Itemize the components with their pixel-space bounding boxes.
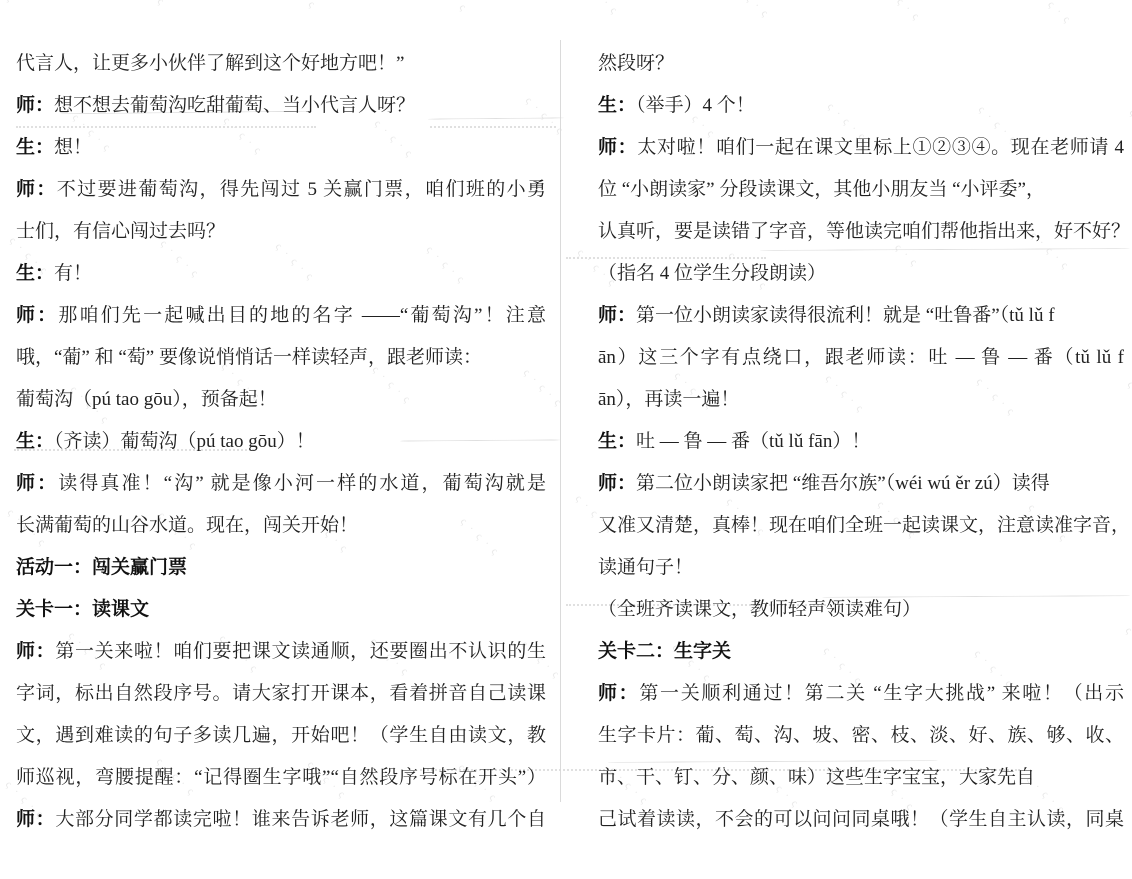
transcript-line: 生：想！ [16,127,546,169]
watermark-squiggle: ς · ς · ς [1127,107,1132,150]
line-text: 市、干、钉、分、颜、味）这些生字宝宝，大家先自 [598,767,1035,788]
speaker-label: 生： [598,431,636,452]
line-text: 师：第一关顺利通过！第二关 “生字大挑战” 来啦！（出示 [598,683,1124,704]
watermark-squiggle: ς · ς · ς [879,0,923,23]
text-column-left: 代言人，让更多小伙伴了解到这个好地方吧！”师：想不想去葡萄沟吃甜葡萄、当小代言人… [16,43,546,841]
transcript-line: 生：吐 — 鲁 — 番（tǔ lǔ fān）！ [598,421,1124,463]
line-text: （指名 4 位学生分段朗读） [598,263,826,284]
text-column-right: 然段呀？生：（举手）4 个！师：太对啦！咱们一起在课文里标上①②③④。现在老师请… [598,43,1124,841]
speaker-label: 师： [598,137,637,158]
speaker-label: 生： [16,263,54,284]
line-text: 生：（举手）4 个！ [598,95,755,116]
transcript-line: 生：（举手）4 个！ [598,85,1124,127]
transcript-line: 葡萄沟（pú tao gōu），预备起！ [16,379,546,421]
transcript-line: 认真听，要是读错了字音，等他读完咱们帮他指出来，好不好？ [598,211,1124,253]
line-text: 认真听，要是读错了字音，等他读完咱们帮他指出来，好不好？ [598,221,1130,242]
line-text: 字词，标出自然段序号。请大家打开课本，看着拼音自己读课 [16,683,546,704]
speaker-label: 生： [16,137,54,158]
watermark-squiggle: ς · ς · ς [728,0,772,20]
line-text: 生：有！ [16,263,92,284]
transcript-line: 位 “小朗读家” 分段读课文，其他小朋友当 “小评委”， [598,169,1124,211]
watermark-squiggle: ς · ς · ς [1125,379,1132,422]
transcript-line: 师：第二位小朗读家把 “维吾尔族”（wéi wú ěr zú）读得 [598,463,1124,505]
transcript-line: 师：太对啦！咱们一起在课文里标上①②③④。现在老师请 4 [598,127,1124,169]
section-heading: 活动一：闯关赢门票 [16,547,546,589]
transcript-line: 生：（齐读）葡萄沟（pú tao gōu）！ [16,421,546,463]
transcript-line: 师：第一关顺利通过！第二关 “生字大挑战” 来啦！（出示 [598,673,1124,715]
line-text: 师：大部分同学都读完啦！谁来告诉老师，这篇课文有几个自 [16,809,546,830]
transcript-line: 读通句子！ [598,547,1124,589]
transcript-line: 生：有！ [16,253,546,295]
line-text: ān）这三个字有点绕口，跟老师读：吐 — 鲁 — 番（tǔ lǔ f [598,347,1124,368]
watermark-squiggle: ς · ς · ς [1123,625,1132,668]
speaker-label: 生： [598,95,636,116]
line-text: 师：第一关来啦！咱们要把课文读通顺，还要圈出不认识的生 [16,641,546,662]
line-text: 师：不过要进葡萄沟，得先闯过 5 关赢门票，咱们班的小勇 [16,179,546,200]
line-text: 哦，“葡” 和 “萄” 要像说悄悄话一样读轻声，跟老师读： [16,347,482,368]
line-text: 生字卡片：葡、萄、沟、坡、密、枝、淡、好、族、够、收、 [598,725,1124,746]
line-text: 活动一：闯关赢门票 [16,557,187,578]
watermark-squiggle: ς · ς · ς [426,0,470,14]
transcript-line: （指名 4 位学生分段朗读） [598,253,1124,295]
watermark-squiggle: ς · ς · ς [275,0,319,11]
transcript-line: 长满葡萄的山谷水道。现在，闯关开始！ [16,505,546,547]
transcript-line: 师：第一位小朗读家读得很流利！就是 “吐鲁番”（tǔ lǔ f [598,295,1124,337]
watermark-squiggle: ς · ς · ς [0,0,17,5]
transcript-line: ān），再读一遍！ [598,379,1124,421]
transcript-line: 己试着读读，不会的可以问问同桌哦！（学生自主认读，同桌 [598,799,1124,841]
watermark-squiggle: ς · ς · ς [577,0,621,17]
transcript-line: 市、干、钉、分、颜、味）这些生字宝宝，大家先自 [598,757,1124,799]
speaker-label: 师： [16,473,58,494]
line-text: 己试着读读，不会的可以问问同桌哦！（学生自主认读，同桌 [598,809,1124,830]
line-text: 位 “小朗读家” 分段读课文，其他小朋友当 “小评委”， [598,179,1045,200]
document-page: ς · ς · ςς · ς · ςς · ς · ςς · ς · ςς · … [0,0,1132,879]
speaker-label: 师： [598,683,639,704]
line-text: 读通句子！ [598,557,693,578]
line-text: 士们，有信心闯过去吗？ [16,221,225,242]
line-text: 师巡视，弯腰提醒：“记得圈生字哦”“自然段序号标在开头”） [16,767,546,788]
line-text: 师：第一位小朗读家读得很流利！就是 “吐鲁番”（tǔ lǔ f [598,305,1055,326]
line-text: 师：想不想去葡萄沟吃甜葡萄、当小代言人呀？ [16,95,415,116]
line-text: 关卡二：生字关 [598,641,731,662]
transcript-line: ān）这三个字有点绕口，跟老师读：吐 — 鲁 — 番（tǔ lǔ f [598,337,1124,379]
transcript-line: 师：读得真准！“沟” 就是像小河一样的水道，葡萄沟就是 [16,463,546,505]
line-text: 师：太对啦！咱们一起在课文里标上①②③④。现在老师请 4 [598,137,1124,158]
transcript-line: 生字卡片：葡、萄、沟、坡、密、枝、淡、好、族、够、收、 [598,715,1124,757]
line-text: 师：读得真准！“沟” 就是像小河一样的水道，葡萄沟就是 [16,473,546,494]
transcript-line: 文，遇到难读的句子多读几遍，开始吧！（学生自由读文，教 [16,715,546,757]
line-text: 生：想！ [16,137,92,158]
watermark-squiggle: ς · ς · ς [124,0,168,8]
speaker-label: 师： [16,809,55,830]
speaker-label: 师： [598,305,636,326]
line-text: 文，遇到难读的句子多读几遍，开始吧！（学生自由读文，教 [16,725,546,746]
transcript-line: 然段呀？ [598,43,1124,85]
line-text: ān），再读一遍！ [598,389,739,410]
line-text: 师：那咱们先一起喊出目的地的名字 ——“葡萄沟”！注意 [16,305,546,326]
line-text: 代言人，让更多小伙伴了解到这个好地方吧！” [16,53,404,74]
transcript-line: （全班齐读课文，教师轻声领读难句） [598,589,1124,631]
speaker-label: 生： [16,431,54,452]
transcript-line: 师：那咱们先一起喊出目的地的名字 ——“葡萄沟”！注意 [16,295,546,337]
speaker-label: 师： [598,473,636,494]
line-text: 又准又清楚，真棒！现在咱们全班一起读课文，注意读准字音， [598,515,1130,536]
transcript-line: 代言人，让更多小伙伴了解到这个好地方吧！” [16,43,546,85]
line-text: 生：（齐读）葡萄沟（pú tao gōu）！ [16,431,315,452]
transcript-line: 字词，标出自然段序号。请大家打开课本，看着拼音自己读课 [16,673,546,715]
section-heading: 关卡二：生字关 [598,631,1124,673]
line-text: （全班齐读课文，教师轻声领读难句） [598,599,921,620]
speaker-label: 师： [16,641,55,662]
transcript-line: 师巡视，弯腰提醒：“记得圈生字哦”“自然段序号标在开头”） [16,757,546,799]
line-text: 长满葡萄的山谷水道。现在，闯关开始！ [16,515,358,536]
line-text: 师：第二位小朗读家把 “维吾尔族”（wéi wú ěr zú）读得 [598,473,1050,494]
speaker-label: 师： [16,179,57,200]
transcript-line: 师：第一关来啦！咱们要把课文读通顺，还要圈出不认识的生 [16,631,546,673]
line-text: 然段呀？ [598,53,674,74]
line-text: 关卡一：读课文 [16,599,149,620]
speaker-label: 师： [16,305,58,326]
section-heading: 关卡一：读课文 [16,589,546,631]
watermark-squiggle: ς · ς · ς [1030,0,1074,26]
transcript-line: 师：不过要进葡萄沟，得先闯过 5 关赢门票，咱们班的小勇 [16,169,546,211]
line-text: 生：吐 — 鲁 — 番（tǔ lǔ fān）！ [598,431,870,452]
transcript-line: 师：大部分同学都读完啦！谁来告诉老师，这篇课文有几个自 [16,799,546,841]
transcript-line: 士们，有信心闯过去吗？ [16,211,546,253]
transcript-line: 师：想不想去葡萄沟吃甜葡萄、当小代言人呀？ [16,85,546,127]
speaker-label: 师： [16,95,54,116]
line-text: 葡萄沟（pú tao gōu），预备起！ [16,389,277,410]
transcript-line: 又准又清楚，真棒！现在咱们全班一起读课文，注意读准字音， [598,505,1124,547]
transcript-line: 哦，“葡” 和 “萄” 要像说悄悄话一样读轻声，跟老师读： [16,337,546,379]
column-divider [560,40,561,802]
